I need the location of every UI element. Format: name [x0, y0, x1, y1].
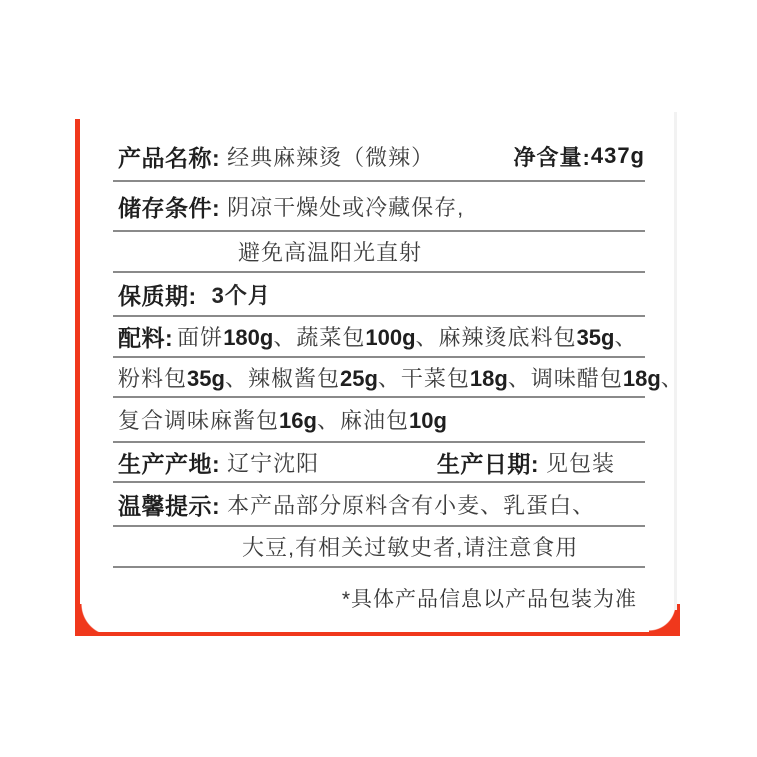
ingredient-item: 辣椒酱包25g、 [248, 362, 401, 393]
ingredient-item: 麻油包10g [340, 404, 447, 435]
net-content-value: 437g [591, 143, 645, 169]
origin-label: 生产产地: [118, 446, 220, 479]
storage-conditions-label: 储存条件: [118, 190, 220, 223]
ingredient-item: 面饼180g、 [177, 321, 296, 352]
ingredient-item: 干菜包18g、 [401, 362, 531, 393]
ingredient-item: 调味醋包18g、 [531, 362, 684, 393]
production-date-value: 见包装 [546, 447, 615, 478]
row-tips-cont: 大豆,有相关过敏史者,请注意食用 [113, 527, 645, 568]
row-shelf-life: 保质期: 3个月 [113, 273, 645, 317]
tips-line1: 本产品部分原料含有小麦、乳蛋白、 [227, 489, 595, 520]
accent-bar-bottom [75, 632, 680, 636]
production-date-label: 生产日期: [437, 446, 539, 479]
accent-bar-left [75, 119, 80, 608]
product-name-label: 产品名称: [118, 140, 220, 173]
row-storage-conditions-cont: 避免高温阳光直射 [113, 232, 645, 273]
shelf-life-value: 3个月 [212, 279, 271, 310]
row-ingredients-line1: 配料: 面饼180g、 蔬菜包100g、 麻辣烫底料包35g、 [113, 317, 645, 358]
ingredient-item: 粉料包35g、 [118, 362, 248, 393]
tips-line2: 大豆,有相关过敏史者,请注意食用 [242, 531, 578, 562]
production-date: 生产日期: 见包装 [437, 446, 615, 479]
spec-table: 产品名称: 经典麻辣烫（微辣） 净含量: 437g 储存条件: 阴凉干燥处或冷藏… [113, 132, 645, 568]
row-ingredients-line2: 粉料包35g、 辣椒酱包25g、 干菜包18g、 调味醋包18g、 [113, 358, 645, 398]
row-tips: 温馨提示: 本产品部分原料含有小麦、乳蛋白、 [113, 483, 645, 527]
storage-conditions-line2: 避免高温阳光直射 [238, 236, 422, 267]
footnote: *具体产品信息以产品包装为准 [342, 583, 637, 613]
product-info-panel: 产品名称: 经典麻辣烫（微辣） 净含量: 437g 储存条件: 阴凉干燥处或冷藏… [0, 0, 757, 757]
row-origin-and-date: 生产产地: 辽宁沈阳 生产日期: 见包装 [113, 443, 645, 483]
product-name-value: 经典麻辣烫（微辣） [227, 141, 434, 172]
ingredient-item: 麻辣烫底料包35g、 [439, 321, 638, 352]
row-storage-conditions: 储存条件: 阴凉干燥处或冷藏保存, [113, 182, 645, 232]
origin-value: 辽宁沈阳 [227, 447, 319, 478]
ingredient-item: 蔬菜包100g、 [296, 321, 438, 352]
row-product-name: 产品名称: 经典麻辣烫（微辣） 净含量: 437g [113, 132, 645, 182]
ingredients-label: 配料: [118, 320, 173, 353]
net-content: 净含量: 437g [514, 141, 645, 172]
row-ingredients-line3: 复合调味麻酱包16g、 麻油包10g [113, 398, 645, 443]
tips-label: 温馨提示: [118, 488, 220, 521]
ingredient-item: 复合调味麻酱包16g、 [118, 404, 340, 435]
storage-conditions-line1: 阴凉干燥处或冷藏保存, [227, 191, 464, 222]
net-content-label: 净含量: [514, 141, 591, 172]
shelf-life-label: 保质期: [118, 278, 197, 311]
